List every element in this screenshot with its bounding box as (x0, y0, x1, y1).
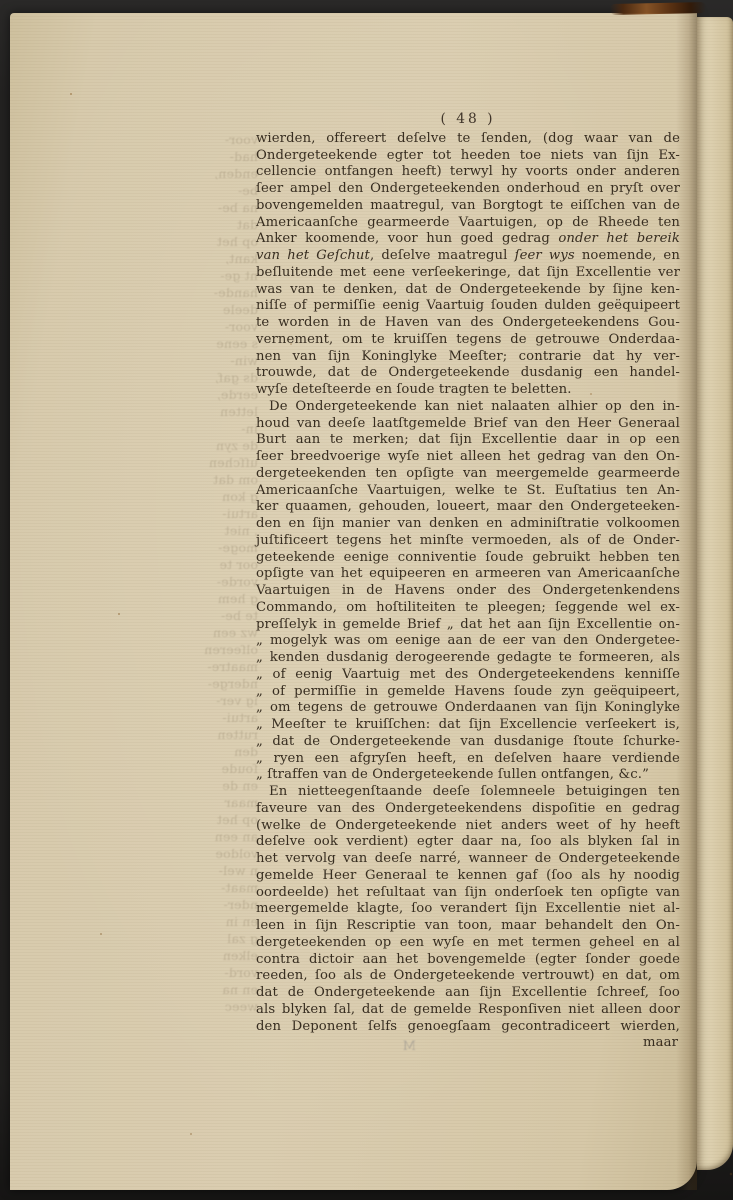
text-line: Vaartuigen in de Havens onder des Onderg… (256, 583, 680, 600)
show-through-fragment: elken (184, 947, 258, 964)
show-through-fragment: artui- (184, 505, 258, 522)
show-through-fragment: g zal (184, 930, 258, 947)
show-through-fragment: letten (184, 403, 258, 420)
show-through-fragment: ds gaf, (184, 369, 258, 386)
show-through-fragment: vorde- (184, 573, 258, 590)
show-through-fragment: artui- (184, 709, 258, 726)
page-number: ( 48 ) (256, 111, 680, 128)
show-through-fragment: maar (184, 794, 258, 811)
text-line: „ om tegens de getrouwe Onderdaanen van … (256, 700, 680, 717)
text-line: trouwde, dat de Ondergeteekende dusdanig… (256, 365, 680, 382)
show-through-fragment: be- (184, 182, 258, 199)
show-through-fragment: na be- (184, 199, 258, 216)
show-through-fragment: win- (184, 352, 258, 369)
text-line: Burt aan te merken; dat ſijn Excellentie… (256, 432, 680, 449)
text-line: „ mogelyk was om eenige aan de eer van d… (256, 633, 680, 650)
text-line: preſſelyk in gemelde Brief „ dat het aan… (256, 617, 680, 634)
show-through-fragment: voldoe (184, 845, 258, 862)
text-line: En nietteegenſtaande deeſe ſolemneele be… (256, 784, 680, 801)
text-line: meergemelde klagte, ſoo verandert ſijn E… (256, 901, 680, 918)
text-line: den Deponent ſelfs genoegſaam gecontradi… (256, 1019, 680, 1036)
binding-edge (610, 2, 706, 15)
scanned-book-photo: voor-had-enden,be-na be-datop hetkant,nt… (0, 0, 733, 1200)
text-line: oordeelde) het reſultaat van ſijn onderſ… (256, 885, 680, 902)
text-line: „ Meeſter te kruiſſchen: dat ſijn Excell… (256, 717, 680, 734)
show-through-fragment: nt ge- (184, 267, 258, 284)
show-through-fragment: op het (184, 233, 258, 250)
book-page: voor-had-enden,be-na be-datop hetkant,nt… (10, 13, 697, 1190)
show-through-fragment: in- (184, 420, 258, 437)
catchword: maar (256, 1035, 680, 1052)
show-through-fragment: moge- (184, 539, 258, 556)
show-through-fragment: voor- (184, 131, 258, 148)
text-line: „ of permiſſie in gemelde Havens ſoude z… (256, 684, 680, 701)
show-through-fragment: g kon (184, 488, 258, 505)
text-line: contra dictoir aan het bovengemelde (egt… (256, 952, 680, 969)
show-through-fragment: vord- (184, 964, 258, 981)
text-line: van het Geſchut, deſelve maatregul ſeer … (256, 248, 680, 265)
text-line: Commando, om hoſtiliteiten te pleegen; ſ… (256, 600, 680, 617)
page-fore-edge (697, 17, 733, 1170)
text-line: Americaanſche Vaartuigen, welke te St. E… (256, 483, 680, 500)
text-line: nen van ſijn Koninglyke Meeſter; contrar… (256, 349, 680, 366)
text-line: De Ondergeteekende kan niet nalaaten alh… (256, 399, 680, 416)
text-line: niſſe of permiſſie eenig Vaartuig ſouden… (256, 298, 680, 315)
text-line: reeden, ſoo als de Ondergeteekende vertr… (256, 968, 680, 985)
text-line: dergeteekenden ten opſigte van meergemel… (256, 466, 680, 483)
show-through-fragment: olſeeren (184, 641, 258, 658)
show-through-fragment: om dat (184, 471, 258, 488)
show-through-fragment: n wel- (184, 862, 258, 879)
text-line: gemelde Heer Generaal te kennen gaf (ſoo… (256, 868, 680, 885)
text-line: leen in ſijn Rescriptie van toon, maar b… (256, 918, 680, 935)
body-text-lines: wierden, offereert deſelve te ſenden, (d… (256, 131, 680, 1036)
show-through-fragment: enden, (184, 165, 258, 182)
text-line: opſigte van het equipeeren en armeeren v… (256, 566, 680, 583)
show-through-fragment: nderge- (184, 675, 258, 692)
show-through-fragment: de zyn (184, 437, 258, 454)
text-line: ſeer breedvoerige wyſe niet alleen het g… (256, 449, 680, 466)
text-line: ker quaamen, gehouden, loueert, maar den… (256, 499, 680, 516)
show-through-fragment: , niet (184, 522, 258, 539)
show-through-fragment: had- (184, 148, 258, 165)
text-line: Anker koomende, voor hun goed gedrag ond… (256, 231, 680, 248)
text-line: als blyken ſal, dat de gemelde Responſiv… (256, 1002, 680, 1019)
text-line: geteekende eenige conniventie ſoude gebr… (256, 550, 680, 567)
show-through-fragment: ſoude (184, 760, 258, 777)
text-line: (welke de Ondergeteekende niet anders we… (256, 818, 680, 835)
show-through-fragment: deele (184, 301, 258, 318)
show-through-fragment: en de (184, 777, 258, 794)
text-line: bovengemelden maatregul, van Borgtogt te… (256, 198, 680, 215)
text-line: „ kenden dusdanig derogeerende gedagte t… (256, 650, 680, 667)
show-through-fragment: dat (184, 216, 258, 233)
text-line: „ ryen een afgryſen heeft, en deſelven h… (256, 751, 680, 768)
show-through-fragment: s eene (184, 335, 258, 352)
show-through-fragment: nder- (184, 896, 258, 913)
show-through-fragment: eerde, (184, 386, 258, 403)
text-line: het vervolg van deeſe narré, wanneer de … (256, 851, 680, 868)
text-line: „ of eenig Vaartuig met des Ondergeteeke… (256, 667, 680, 684)
show-through-fragment: den (184, 743, 258, 760)
page-text: ( 48 ) wierden, offereert deſelve te ſen… (256, 111, 680, 1052)
show-through-fragment: hande- (184, 284, 258, 301)
show-through-fragment: te be- (184, 607, 258, 624)
show-through-fragment: oor te (184, 556, 258, 573)
text-line: faveure van des Ondergeteekendens dispoſ… (256, 801, 680, 818)
text-line: „ dat de Ondergeteekende van dusdanige ſ… (256, 734, 680, 751)
show-through-fragment: en in (184, 913, 258, 930)
text-line: cellencie ontfangen heeft) terwyl hy voo… (256, 164, 680, 181)
show-through-fragment: an een (184, 828, 258, 845)
text-line: Ondergeteekende egter tot heeden toe nie… (256, 148, 680, 165)
text-line: deſelve ook verdient) egter daar na, ſoo… (256, 834, 680, 851)
show-through-fragment: op het (184, 811, 258, 828)
show-through-fragment: weec (184, 998, 258, 1015)
show-through-fragment: rutten (184, 726, 258, 743)
text-line: vernement, om te kruiſſen tegens de getr… (256, 332, 680, 349)
show-through-fragment: maat- (184, 879, 258, 896)
text-line: beſluitende met eene verſeekeringe, dat … (256, 265, 680, 282)
show-through-fragment: wz een (184, 624, 258, 641)
show-through-fragment: ig ver- (184, 692, 258, 709)
show-through-fragment: maatre- (184, 658, 258, 675)
show-through-text: voor-had-enden,be-na be-datop hetkant,nt… (184, 131, 258, 1015)
text-line: dat de Ondergeteekende aan ſijn Excellen… (256, 985, 680, 1002)
show-through-fragment: g hem (184, 590, 258, 607)
show-through-fragment: en na (184, 981, 258, 998)
text-line: „ ſtraffen van de Ondergeteekende ſullen… (256, 767, 680, 784)
text-line: ſeer ampel den Ondergeteekenden onderhou… (256, 181, 680, 198)
show-through-fragment: kant, (184, 250, 258, 267)
text-line: den en ſijn manier van denken en adminiſ… (256, 516, 680, 533)
show-through-fragment: voor- (184, 318, 258, 335)
show-through-fragment: uſſchen (184, 454, 258, 471)
text-line: wierden, offereert deſelve te ſenden, (d… (256, 131, 680, 148)
text-line: juſtificeert tegens het minſte vermoeden… (256, 533, 680, 550)
text-line: te worden in de Haven van des Ondergetee… (256, 315, 680, 332)
text-line: was van te denken, dat de Ondergeteekend… (256, 282, 680, 299)
text-line: dergeteekenden op een wyſe en met termen… (256, 935, 680, 952)
text-line: Americaanſche gearmeerde Vaartuigen, op … (256, 215, 680, 232)
text-line: houd van deeſe laatſtgemelde Brief van d… (256, 416, 680, 433)
text-line: wyſe deteſteerde en ſoude tragten te bel… (256, 382, 680, 399)
